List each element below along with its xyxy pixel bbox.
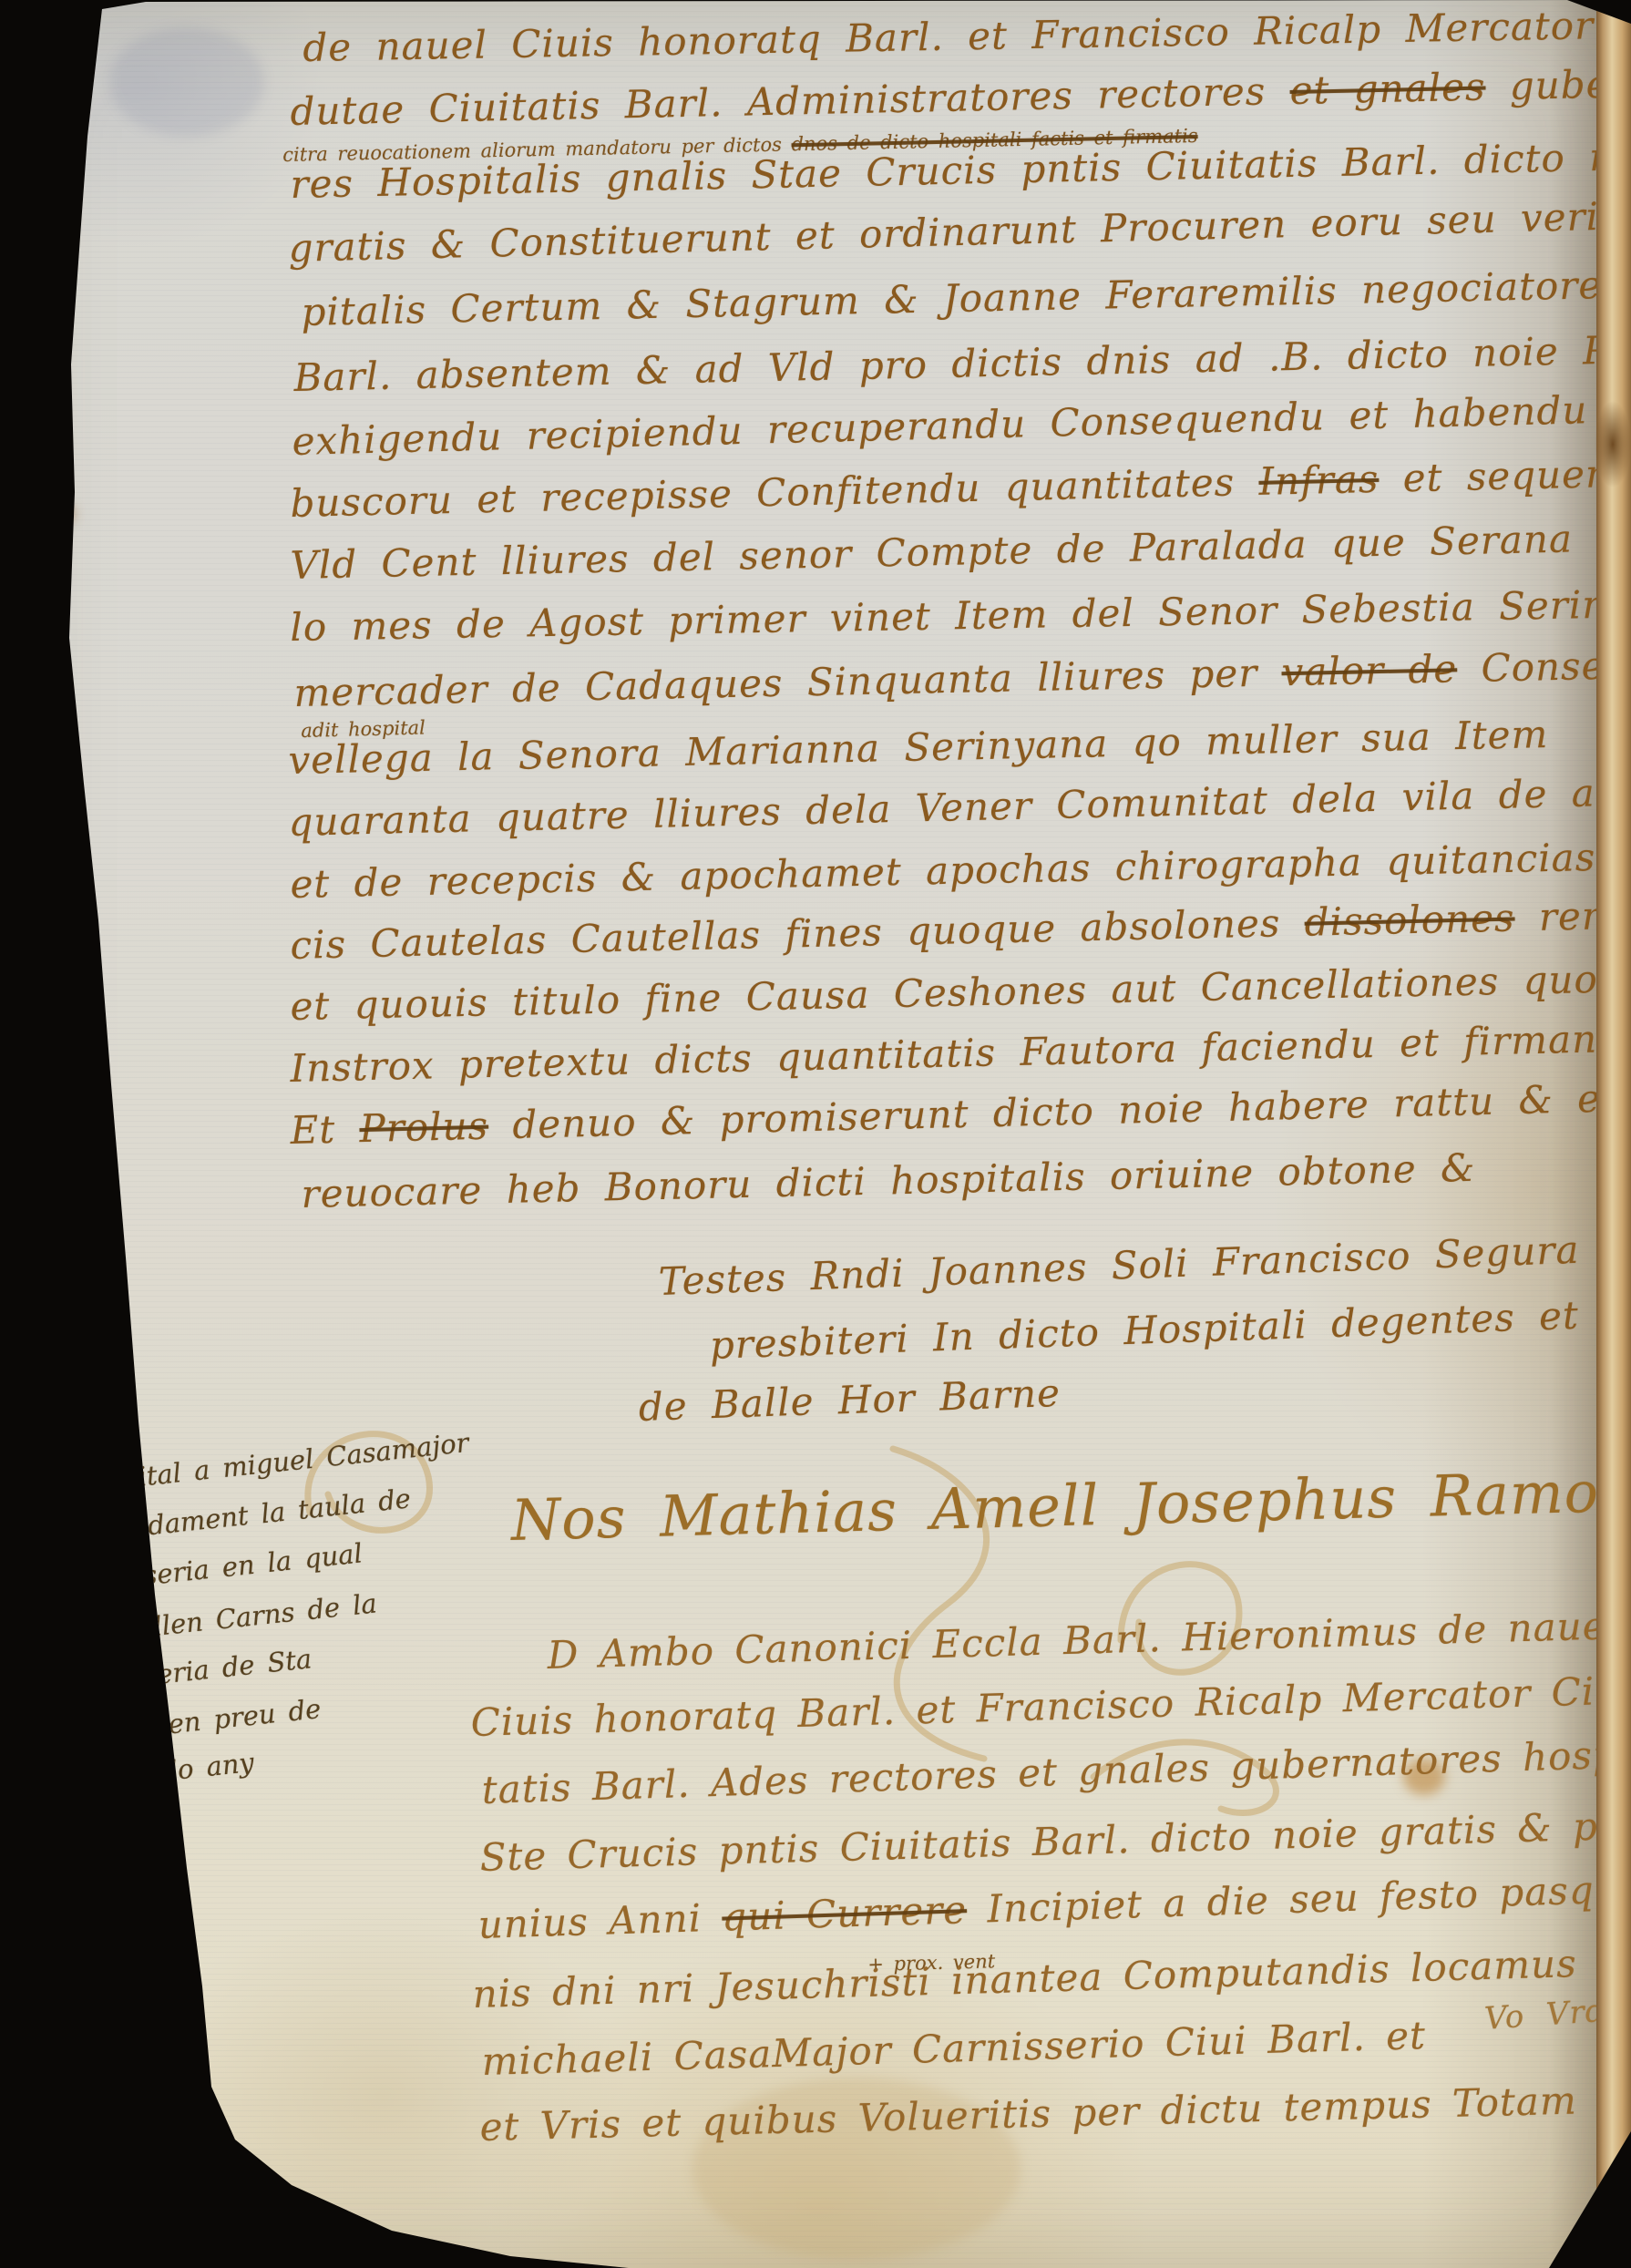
struck-text: valor de	[1281, 646, 1458, 694]
paper-stain	[109, 27, 264, 137]
manuscript-scan: de nauel Ciuis honoratq Barl. et Francis…	[0, 0, 1631, 2268]
struck-text: et gnales	[1289, 65, 1486, 113]
fold-ink-blot	[1595, 401, 1631, 487]
initial-flourish: Nos	[510, 1483, 661, 1554]
rust-spot	[55, 506, 75, 522]
manuscript-page: de nauel Ciuis honoratq Barl. et Francis…	[0, 0, 1631, 2268]
struck-text: dissolones	[1304, 896, 1515, 945]
struck-text: Prolus	[359, 1103, 489, 1151]
struck-text: Infras	[1258, 457, 1380, 504]
struck-text: qui Currere	[722, 1887, 968, 1939]
adjacent-page-edge	[1596, 0, 1631, 2268]
